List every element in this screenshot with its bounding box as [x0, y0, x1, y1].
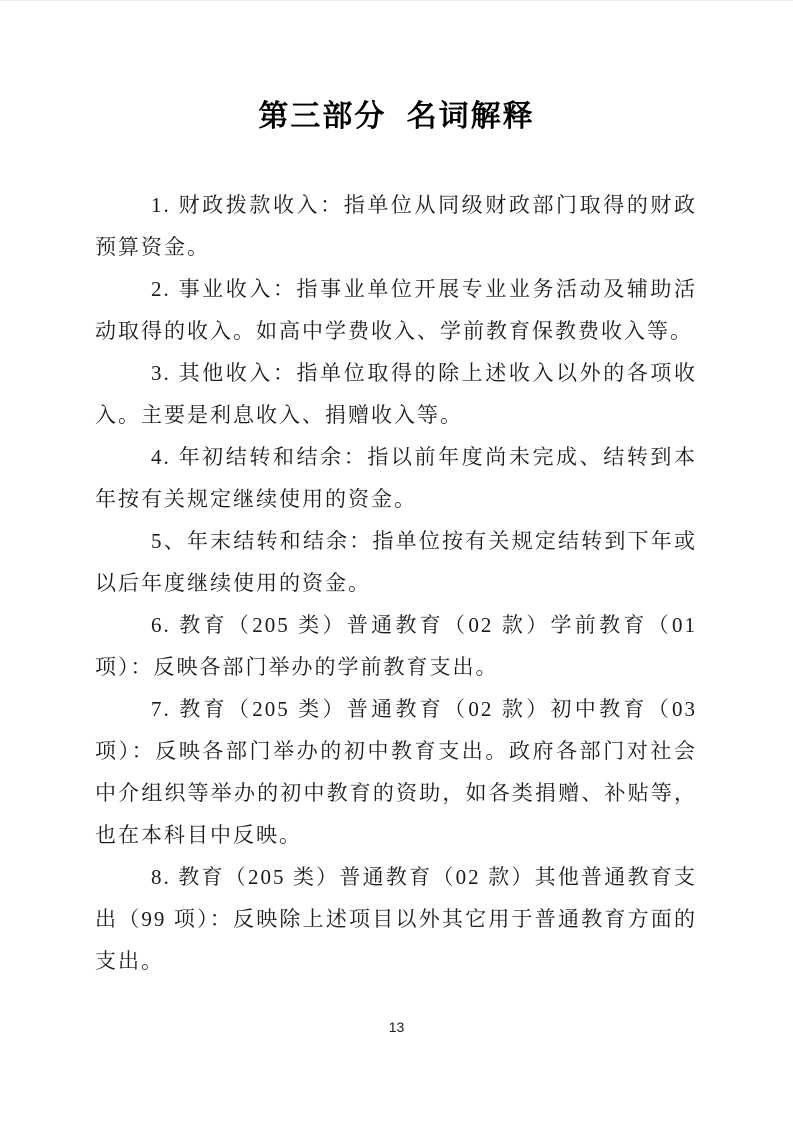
page-title: 第三部分 名词解释	[0, 1, 793, 140]
document-body: 1. 财政拨款收入：指单位从同级财政部门取得的财政预算资金。 2. 事业收入：指…	[0, 184, 793, 982]
paragraph-definition-2: 2. 事业收入：指事业单位开展专业业务活动及辅助活动取得的收入。如高中学费收入、…	[95, 268, 697, 352]
page-footer: 13	[0, 1019, 793, 1037]
paragraph-definition-1: 1. 财政拨款收入：指单位从同级财政部门取得的财政预算资金。	[95, 184, 697, 268]
paragraph-definition-6: 6. 教育（205 类）普通教育（02 款）学前教育（01 项）：反映各部门举办…	[95, 604, 697, 688]
paragraph-definition-3: 3. 其他收入：指单位取得的除上述收入以外的各项收入。主要是利息收入、捐赠收入等…	[95, 352, 697, 436]
document-page: 第三部分 名词解释 1. 财政拨款收入：指单位从同级财政部门取得的财政预算资金。…	[0, 0, 793, 1122]
paragraph-definition-7: 7. 教育（205 类）普通教育（02 款）初中教育（03 项）：反映各部门举办…	[95, 688, 697, 856]
paragraph-definition-4: 4. 年初结转和结余：指以前年度尚未完成、结转到本年按有关规定继续使用的资金。	[95, 436, 697, 520]
paragraph-definition-8: 8. 教育（205 类）普通教育（02 款）其他普通教育支出（99 项）：反映除…	[95, 856, 697, 982]
page-number: 13	[389, 1019, 405, 1035]
paragraph-definition-5: 5、年末结转和结余：指单位按有关规定结转到下年或以后年度继续使用的资金。	[95, 520, 697, 604]
